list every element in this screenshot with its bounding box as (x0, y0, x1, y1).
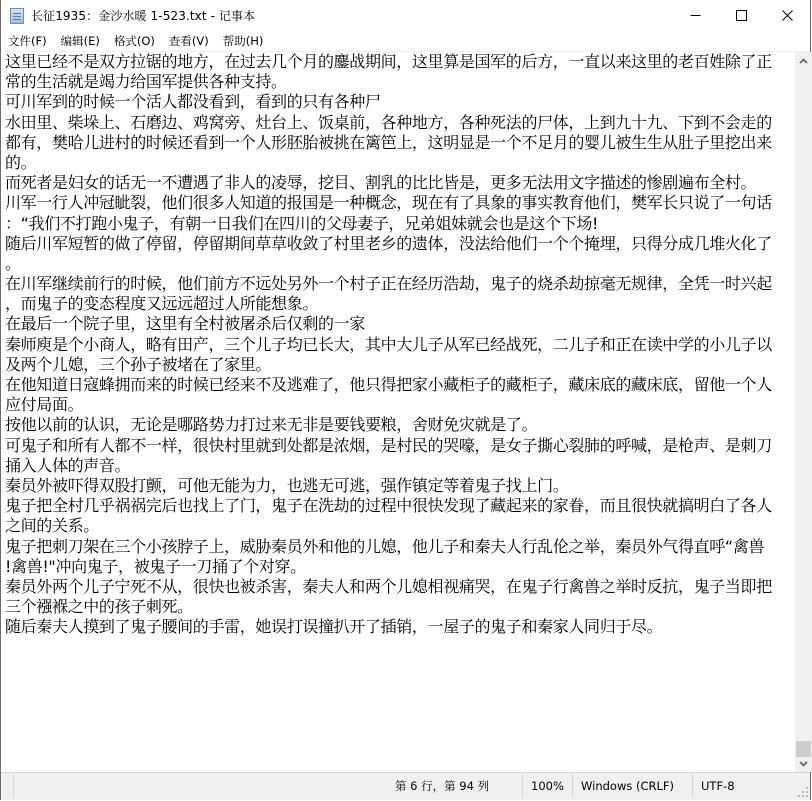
close-icon (782, 10, 793, 21)
status-divider (692, 775, 693, 798)
text-line: 三个襁褓之中的孩子刺死。 (1, 597, 795, 617)
text-line: 应付局面。 (1, 395, 795, 415)
menu-help[interactable]: 帮助(H) (216, 31, 271, 51)
menu-format[interactable]: 格式(O) (107, 31, 162, 51)
text-line: 鬼子把刺刀架在三个小孩脖子上，威胁秦员外和他的儿媳，他儿子和秦夫人行乱伦之举，秦… (1, 537, 795, 557)
status-bar: 第 6 行，第 94 列 100% Windows (CRLF) UTF-8 (1, 772, 810, 800)
text-line: 川军一行人冲冠眦裂，他们很多人知道的报国是一种概念，现在有了具象的事实教育他们，… (1, 193, 795, 213)
text-line: 随后秦夫人摸到了鬼子腰间的手雷，她误打误撞扒开了插销，一屋子的鬼子和秦家人同归于… (1, 617, 795, 637)
text-line: 捅入人体的声音。 (1, 456, 795, 476)
zoom-level: 100% (531, 773, 564, 800)
chevron-up-icon (799, 58, 808, 64)
cursor-position: 第 6 行，第 94 列 (395, 773, 489, 800)
text-line: 这里已经不是双方拉锯的地方，在过去几个月的鏖战期间，这里算是国军的后方，一直以来… (1, 52, 795, 72)
text-line: 可鬼子和所有人都不一样，很快村里就到处都是浓烟，是村民的哭嚎，是女子撕心裂肺的呼… (1, 436, 795, 456)
text-line: 可川军到的时候一个活人都没看到，看到的只有各种尸 (1, 92, 795, 112)
text-line: 都有，樊哈儿进村的时候还看到一个人形胚胎被挑在篱笆上，这明显是一个不足月的婴儿被… (1, 133, 795, 153)
title-bar[interactable]: 长征1935：金沙水暖 1-523.txt - 记事本 (1, 0, 810, 31)
text-line: !禽兽!"冲向鬼子，被鬼子一刀捅了个对穿。 (1, 557, 795, 577)
resize-grip-icon[interactable] (798, 787, 808, 797)
text-editor-area[interactable]: 这里已经不是双方拉锯的地方，在过去几个月的鏖战期间，这里算是国军的后方，一直以来… (1, 52, 795, 772)
encoding: UTF-8 (701, 773, 735, 800)
text-line: 随后川军短暂的做了停留，停留期间草草收敛了村里老乡的遗体，没法给他们一个个掩埋，… (1, 234, 795, 254)
text-line: 。 (1, 254, 795, 274)
text-line: 秦员外两个儿子宁死不从，很快也被杀害，秦夫人和两个儿媳相视痛哭，在鬼子行禽兽之举… (1, 577, 795, 597)
text-line: 之间的关系。 (1, 516, 795, 536)
text-line: 在最后一个院子里，这里有全村被屠杀后仅剩的一家 (1, 314, 795, 334)
status-divider (13, 775, 14, 798)
status-divider (572, 775, 573, 798)
close-button[interactable] (764, 0, 810, 31)
window-controls (672, 0, 810, 31)
minimize-icon (690, 10, 701, 21)
text-line: 秦员外被吓得双股打颤，可他无能为力，也逃无可逃，强作镇定等着鬼子找上门。 (1, 476, 795, 496)
menu-edit[interactable]: 编辑(E) (54, 31, 107, 51)
text-line: ，而鬼子的变态程度又远远超过人所能想象。 (1, 294, 795, 314)
text-line: 鬼子把全村几乎祸祸完后也找上了门，鬼子在洗劫的过程中很快发现了藏起来的家眷，而且… (1, 496, 795, 516)
status-divider (522, 775, 523, 798)
text-line: 秦师庾是个小商人，略有田产，三个儿子均已长大，其中大儿子从军已经战死，二儿子和正… (1, 335, 795, 355)
minimize-button[interactable] (672, 0, 718, 31)
text-line: 的。 (1, 153, 795, 173)
window-title: 长征1935：金沙水暖 1-523.txt - 记事本 (31, 7, 255, 24)
menu-view[interactable]: 查看(V) (162, 31, 216, 51)
notepad-app-icon (10, 8, 24, 24)
text-line: 在他知道日寇蜂拥而来的时候已经来不及逃难了，他只得把家小藏柜子的藏柜子，藏床底的… (1, 375, 795, 395)
scroll-up-button[interactable] (795, 52, 812, 69)
text-line: 而死者是妇女的话无一不遭遇了非人的凌辱，挖目、割乳的比比皆是，更多无法用文字描述… (1, 173, 795, 193)
menu-file[interactable]: 文件(F) (1, 31, 54, 51)
text-line: 及两个儿媳，三个孙子被堵在了家里。 (1, 355, 795, 375)
text-line: 水田里、柴垛上、石磨边、鸡窝旁、灶台上、饭桌前，各种地方，各种死法的尸体，上到九… (1, 113, 795, 133)
menu-bar: 文件(F) 编辑(E) 格式(O) 查看(V) 帮助(H) (1, 31, 810, 51)
maximize-button[interactable] (718, 0, 764, 31)
text-line: ：“我们不打跑小鬼子，有朝一日我们在四川的父母妻子，兄弟姐妹就会也是这个下场! (1, 214, 795, 234)
notepad-window: 长征1935：金沙水暖 1-523.txt - 记事本 文件(F) 编辑(E) … (0, 0, 811, 800)
scroll-down-button[interactable] (795, 755, 812, 772)
text-line: 按他以前的认识，无论是哪路势力打过来无非是要钱要粮，舍财免灾就是了。 (1, 415, 795, 435)
vertical-scrollbar[interactable] (795, 52, 812, 772)
text-line: 常的生活就是竭力给国军提供各种支持。 (1, 72, 795, 92)
chevron-down-icon (799, 761, 808, 767)
line-ending: Windows (CRLF) (581, 773, 674, 800)
text-line: 在川军继续前行的时候，他们前方不远处另外一个村子正在经历浩劫，鬼子的烧杀劫掠毫无… (1, 274, 795, 294)
maximize-icon (736, 10, 747, 21)
